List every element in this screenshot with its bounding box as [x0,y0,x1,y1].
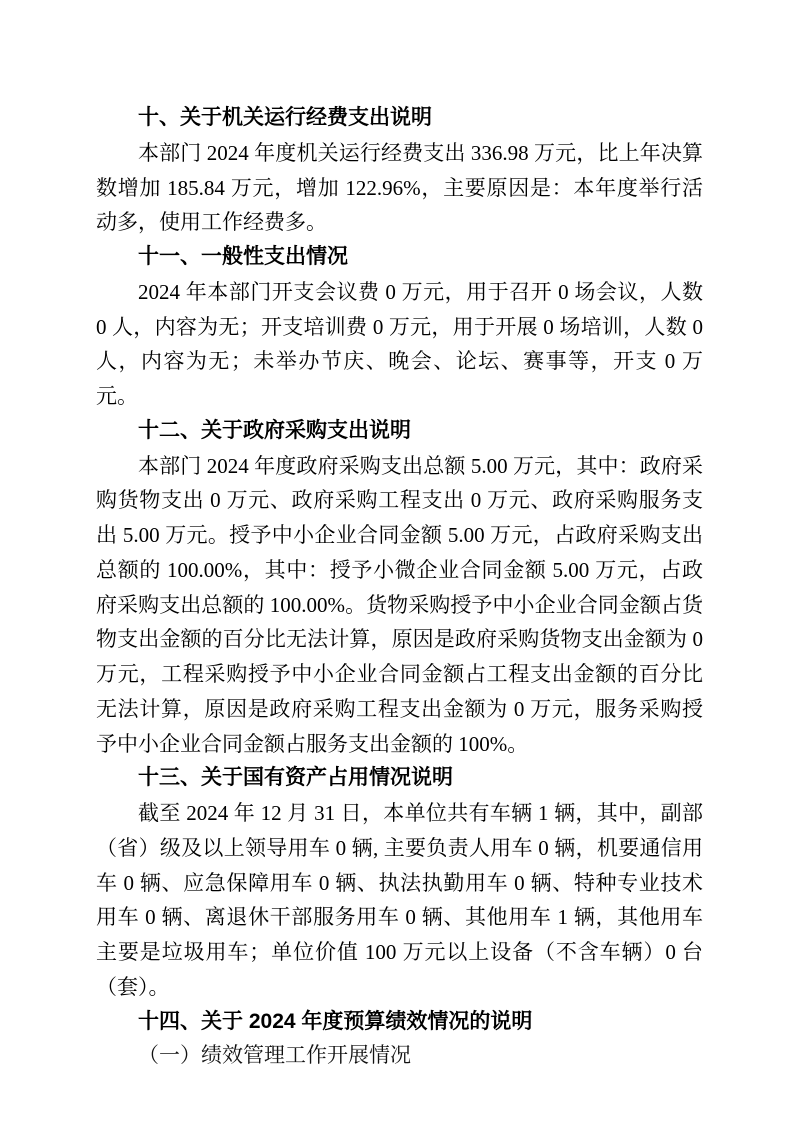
section-heading: 十、关于机关运行经费支出说明 [96,101,703,136]
section-general-expenditure: 十一、一般性支出情况 2024 年本部门开支会议费 0 万元，用于召开 0 场会… [96,240,703,414]
document-viewport: { "page": { "background_color": "#ffffff… [0,0,793,1122]
section-operating-expenses: 十、关于机关运行经费支出说明 本部门 2024 年度机关运行经费支出 336.9… [96,101,703,240]
section-paragraph: 2024 年本部门开支会议费 0 万元，用于召开 0 场会议，人数 0 人，内容… [96,275,703,414]
section-subheading: （一）绩效管理工作开展情况 [96,1039,703,1074]
document-page: 十、关于机关运行经费支出说明 本部门 2024 年度机关运行经费支出 336.9… [96,101,703,1074]
section-paragraph: 本部门 2024 年度机关运行经费支出 336.98 万元，比上年决算数增加 1… [96,136,703,240]
section-budget-performance: 十四、关于 2024 年度预算绩效情况的说明 （一）绩效管理工作开展情况 [96,1005,703,1075]
section-heading: 十一、一般性支出情况 [96,240,703,275]
section-heading: 十四、关于 2024 年度预算绩效情况的说明 [96,1005,703,1040]
section-government-procurement: 十二、关于政府采购支出说明 本部门 2024 年度政府采购支出总额 5.00 万… [96,414,703,762]
section-paragraph: 本部门 2024 年度政府采购支出总额 5.00 万元，其中：政府采购货物支出 … [96,449,703,762]
section-state-assets: 十三、关于国有资产占用情况说明 截至 2024 年 12 月 31 日，本单位共… [96,761,703,1004]
section-heading: 十二、关于政府采购支出说明 [96,414,703,449]
section-heading: 十三、关于国有资产占用情况说明 [96,761,703,796]
section-paragraph: 截至 2024 年 12 月 31 日，本单位共有车辆 1 辆，其中，副部（省）… [96,796,703,1005]
